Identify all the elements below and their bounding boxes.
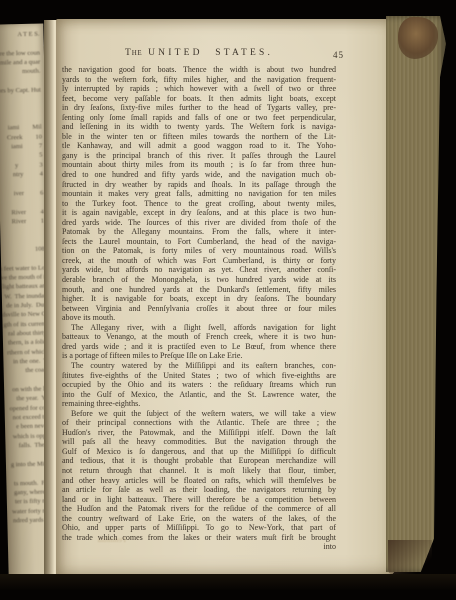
text-line: land or in light batteaux. There will th… <box>62 495 336 505</box>
text-line: ly interrupted by rapids ; which however… <box>62 84 336 94</box>
text-line: creek, at the mouth of which was Fort Cu… <box>62 256 336 266</box>
text-line: mountain about thirty miles from its mou… <box>62 160 336 170</box>
text-line: Ohio, and upper parts of Miſſiſippi. To … <box>62 523 336 533</box>
text-line: The Allegany river, with a ſlight ſwell,… <box>62 323 336 333</box>
text-line: ſtructed in dry weather by rapids and ſh… <box>62 180 336 190</box>
text-line: Patomak by the Allegany mountains. From … <box>62 227 336 237</box>
page-number: 45 <box>314 50 344 60</box>
text-line: it is again navigable, except in dry ſea… <box>62 208 336 218</box>
text-line: in dry ſeaſons, ſixty-five miles further… <box>62 103 336 113</box>
text-line: feet, become very paſſable for boats. It… <box>62 94 336 104</box>
text-line: the Hudſon and the Patomak rivers for th… <box>62 504 336 514</box>
text-line: and other heavy articles will be floated… <box>62 476 336 486</box>
text-line: Before we quit the ſubject of the weſter… <box>62 409 336 419</box>
book-photo: { "colors": { "paper": "#e2d8bf", "ink":… <box>0 0 456 600</box>
text-line: dred yards wide ; and it is practiſed ev… <box>62 342 336 352</box>
text-line: and tedious, that it is thought probable… <box>62 456 336 466</box>
text-line: mountain it makes very great falls, admi… <box>62 189 336 199</box>
text-line: will paſs all the heavy commodities. But… <box>62 437 336 447</box>
running-head-the: THE <box>125 48 142 58</box>
text-line: above its mouth. <box>62 313 336 323</box>
background-bottom <box>0 574 456 600</box>
text-line: gany is the principal branch of this riv… <box>62 151 336 161</box>
text-line: yards wide, but affords no navigation as… <box>62 265 336 275</box>
text-line: Gulf of Mexico is ſo dangerous, and that… <box>62 447 336 457</box>
text-line: between Virginia and Pennſylvania croſſe… <box>62 304 336 314</box>
main-page: THEUNITED STATES. 45 the navigation good… <box>56 19 396 577</box>
bleedthrough-text: Peninſula <box>66 535 126 544</box>
text-line: occupied by the Ohio and its waters : th… <box>62 380 336 390</box>
cover-corner <box>388 540 432 574</box>
text-line: dred yards wide. The ſources of this riv… <box>62 218 336 228</box>
text-line: the navigation good for boats. Thence th… <box>62 65 336 75</box>
running-head-title: UNITED STATES. <box>148 48 273 58</box>
text-line: of their principal connections with the … <box>62 418 336 428</box>
text-line: derable branch of the Monongahela, is tw… <box>62 275 336 285</box>
text-line: ſenting only ſome ſmall rapids and falls… <box>62 113 336 123</box>
text-line: higher. It is navigable for boats, excep… <box>62 294 336 304</box>
text-line: tle Kanhaway, and will admit a good wagg… <box>62 141 336 151</box>
text-line: Hudſon's river, the Patowmak, and the Mi… <box>62 428 336 438</box>
text-line: the country weſtward of Lake Erie, on th… <box>62 514 336 524</box>
text-line: an article for ſale as well as their loa… <box>62 485 336 495</box>
text-line: tion on the Patomak, is forty miles of v… <box>62 246 336 256</box>
text-line: remaining three-eighths. <box>62 399 336 409</box>
text-line: to the Turkey foot. Thence to the great … <box>62 199 336 209</box>
text-line: into the Gulf of Mexico, the Atlantic, a… <box>62 390 336 400</box>
fore-edge-page-stack <box>386 16 446 572</box>
body-text: the navigation good for boats. Thence th… <box>62 65 336 552</box>
text-line: not return through that channel. It is m… <box>62 466 336 476</box>
text-line: ſects the Laurel mountain, to Fort Cumbe… <box>62 237 336 247</box>
text-line: ſtitutes five-eighths of the United Stat… <box>62 371 336 381</box>
text-line: mouth, and one hundred yards at the Dunk… <box>62 285 336 295</box>
text-line: ble in the winter ten or fifteen miles t… <box>62 132 336 142</box>
text-line: and leſſening in its width to twenty yar… <box>62 122 336 132</box>
text-line: is a portage of fifteen miles to Preſque… <box>62 351 336 361</box>
text-line: The country watered by the Miſſiſippi an… <box>62 361 336 371</box>
text-line: dred to one hundred and fifty yards wide… <box>62 170 336 180</box>
text-line: yards to the weſtern fork, fifty miles h… <box>62 75 336 85</box>
text-line: batteaux to Venango, at the mouth of Fre… <box>62 332 336 342</box>
running-head: THEUNITED STATES. <box>62 48 336 58</box>
